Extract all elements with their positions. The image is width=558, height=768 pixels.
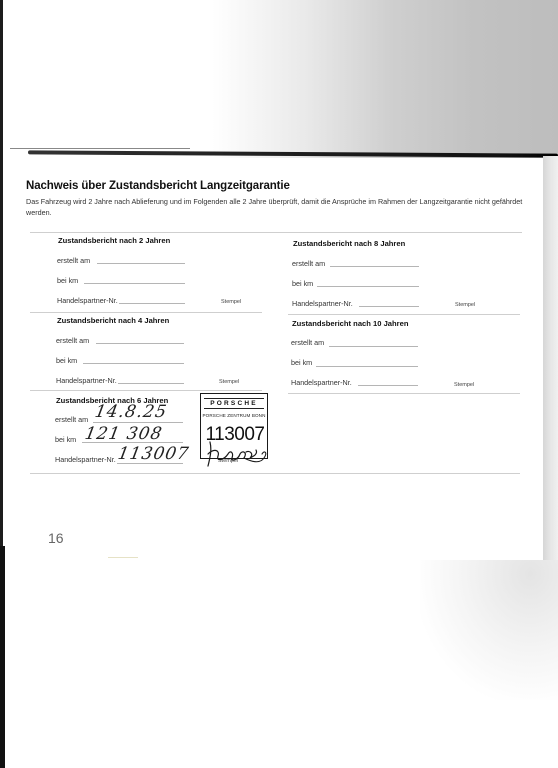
handelspartner-label: Handelspartner-Nr.: [55, 455, 116, 464]
erstellt-am-label: erstellt am: [55, 415, 88, 424]
bei-km-value: 121 308: [83, 424, 164, 444]
document-title: Nachweis über Zustandsbericht Langzeitga…: [26, 180, 290, 192]
stamp-brand-logo: PORSCHE: [204, 398, 264, 409]
bei-km-label: bei km: [56, 356, 77, 365]
divider: [30, 473, 520, 474]
document-page: Nachweis über Zustandsbericht Langzeitga…: [0, 0, 558, 768]
erstellt-am-label: erstellt am: [56, 336, 89, 345]
handelspartner-label: Handelspartner-Nr.: [57, 296, 118, 305]
document-intro: Das Fahrzeug wird 2 Jahre nach Ablieferu…: [26, 196, 536, 218]
erstellt-am-field[interactable]: [329, 346, 418, 347]
divider: [30, 232, 522, 233]
scan-artifact: [108, 557, 138, 558]
bei-km-field[interactable]: [83, 363, 184, 364]
handelspartner-label: Handelspartner-Nr.: [56, 376, 117, 385]
divider: [288, 314, 520, 315]
stempel-label: Stempel: [455, 302, 475, 308]
section-heading: Zustandsbericht nach 8 Jahren: [293, 239, 405, 248]
handelspartner-field[interactable]: [118, 383, 184, 384]
divider: [30, 312, 262, 313]
bei-km-field[interactable]: [84, 283, 185, 284]
page-number: 16: [48, 530, 64, 546]
handelspartner-field[interactable]: [119, 303, 185, 304]
section-heading: Zustandsbericht nach 2 Jahren: [58, 236, 170, 245]
erstellt-am-field[interactable]: [330, 266, 419, 267]
erstellt-am-label: erstellt am: [57, 256, 90, 265]
erstellt-am-label: erstellt am: [292, 259, 325, 268]
handelspartner-label: Handelspartner-Nr.: [291, 378, 352, 387]
bei-km-label: bei km: [291, 358, 312, 367]
handelspartner-label: Handelspartner-Nr.: [292, 299, 353, 308]
handelspartner-value: 113007: [116, 444, 190, 464]
stamp-dealer-name: PORSCHE ZENTRUM BONN: [202, 413, 266, 418]
section-heading: Zustandsbericht nach 4 Jahren: [57, 316, 169, 325]
stempel-label: Stempel: [221, 299, 241, 305]
bei-km-field[interactable]: [317, 286, 419, 287]
signature-icon: [204, 440, 268, 470]
handelspartner-field[interactable]: [358, 385, 418, 386]
erstellt-am-value: 14.8.25: [93, 402, 168, 422]
bei-km-field[interactable]: [316, 366, 418, 367]
divider: [288, 393, 520, 394]
erstellt-am-field[interactable]: [96, 343, 184, 344]
erstellt-am-label: erstellt am: [291, 338, 324, 347]
handelspartner-field[interactable]: [359, 306, 419, 307]
stempel-label: Stempel: [454, 382, 474, 388]
erstellt-am-field[interactable]: [93, 422, 183, 423]
section-heading: Zustandsbericht nach 10 Jahren: [292, 319, 408, 328]
erstellt-am-field[interactable]: [97, 263, 185, 264]
stempel-label: Stempel: [219, 379, 239, 385]
divider: [30, 390, 262, 391]
bei-km-label: bei km: [57, 276, 78, 285]
bei-km-label: bei km: [292, 279, 313, 288]
bei-km-label: bei km: [55, 435, 76, 444]
